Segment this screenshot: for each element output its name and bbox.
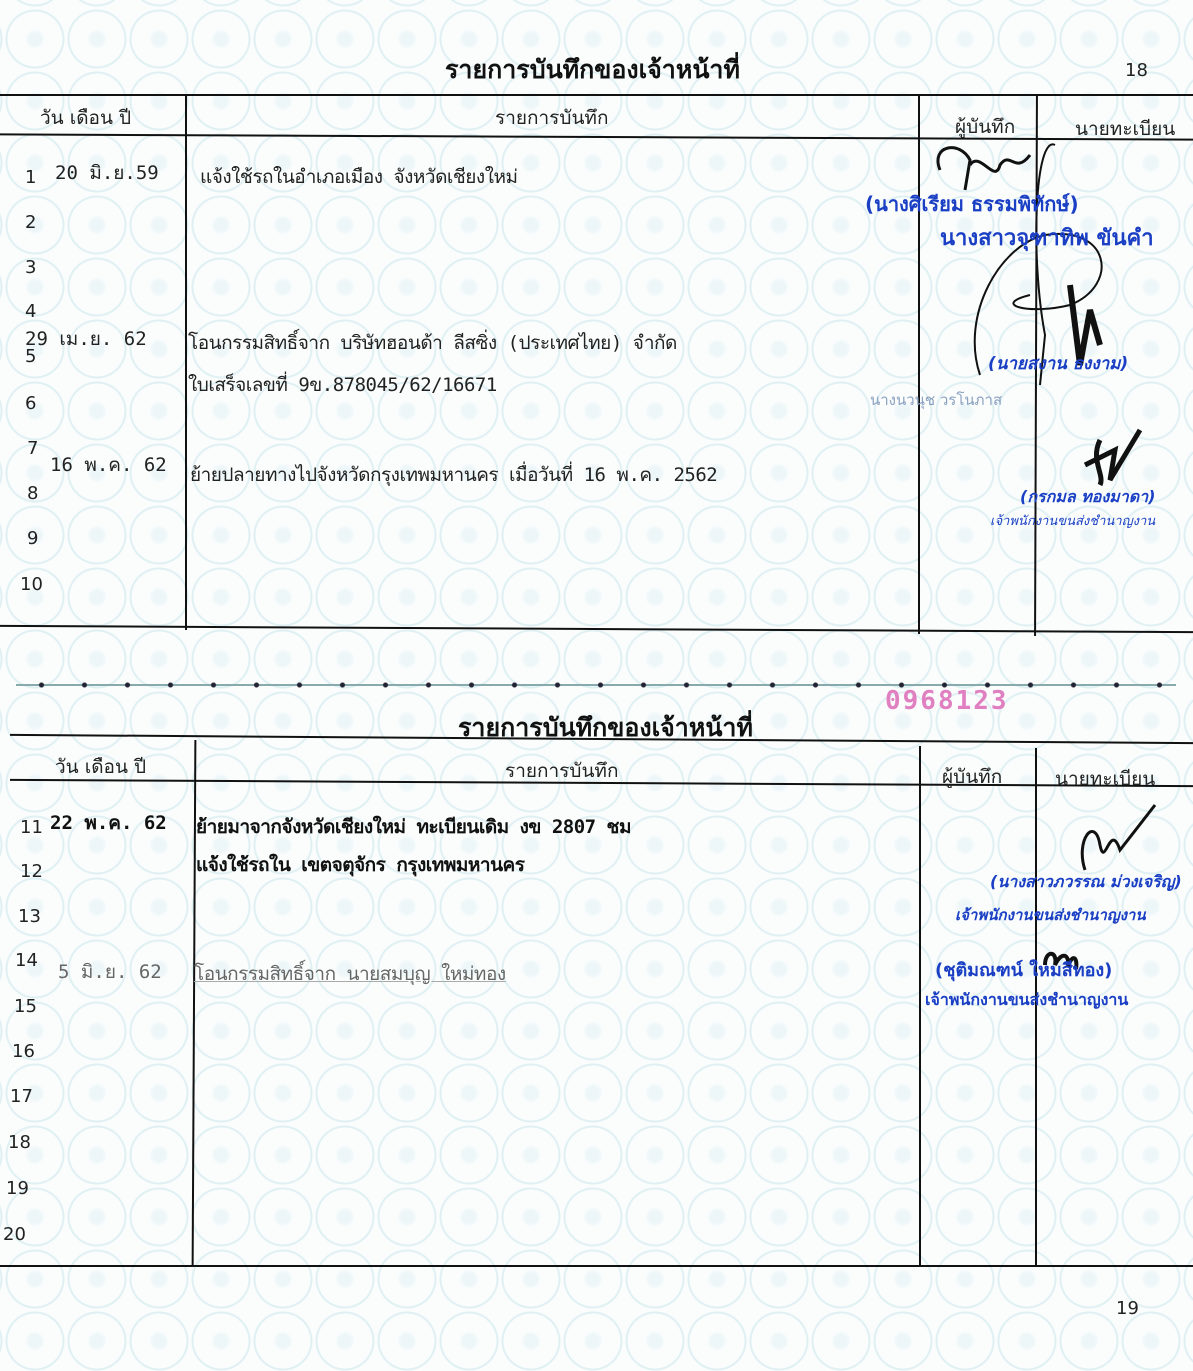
officer-stamp: เจ้าพนักงานขนส่งชำนาญงาน xyxy=(955,903,1146,927)
line-number: 20 xyxy=(3,1224,26,1245)
signature-scribble xyxy=(1070,800,1160,880)
entry-text: โอนกรรมสิทธิ์จาก บริษัทฮอนด้า ลีสซิ่ง (ป… xyxy=(188,328,677,358)
line-number: 8 xyxy=(27,483,38,504)
line-number: 1 xyxy=(25,167,36,188)
line-number: 17 xyxy=(10,1086,33,1107)
officer-stamp: นางสาวจุฑาทิพ ขันคำ xyxy=(940,220,1154,255)
line-number: 6 xyxy=(25,393,36,414)
entry-text: ย้ายปลายทางไปจังหวัดกรุงเทพมหานคร เมื่อว… xyxy=(190,460,717,490)
officer-stamp: นางนวนุช วรโนภาส xyxy=(870,388,1002,412)
line-number: 7 xyxy=(27,438,38,459)
line-number: 18 xyxy=(8,1132,31,1153)
line-number: 15 xyxy=(14,996,37,1017)
entry-date: 16 พ.ค. 62 xyxy=(50,450,167,480)
entry-date: 22 พ.ค. 62 xyxy=(50,808,167,838)
officer-stamp: (นางสาวภวรรณ ม่วงเจริญ) xyxy=(990,870,1182,895)
signature-scribble xyxy=(1080,420,1160,490)
line-number: 11 xyxy=(20,817,43,838)
line-number: 12 xyxy=(20,861,43,882)
officer-stamp: เจ้าพนักงานขนส่งชำนาญงาน xyxy=(990,510,1155,531)
line-number: 9 xyxy=(27,528,38,549)
line-number: 10 xyxy=(20,574,43,595)
table-bottom-border xyxy=(0,625,1193,633)
page-number: 18 xyxy=(1125,60,1148,81)
table-bottom-border xyxy=(0,1265,1193,1267)
entry-text: แจ้งใช้รถใน เขตจตุจักร กรุงเทพมหานคร xyxy=(196,850,524,880)
line-number: 4 xyxy=(25,301,36,322)
serial-stamp: 0968123 xyxy=(885,686,1009,716)
page-title: รายการบันทึกของเจ้าหน้าที่ xyxy=(458,708,753,748)
entry-text: ใบเสร็จเลขที่ 9ข.878045/62/16671 xyxy=(188,370,497,400)
entry-text: โอนกรรมสิทธิ์จาก นายสมบุญ ใหม่ทอง xyxy=(194,959,506,989)
header-date: วัน เดือน ปี xyxy=(40,103,131,133)
officer-stamp: (ชุติมณฑน์ ใหมสีทอง) xyxy=(935,955,1112,984)
line-number: 16 xyxy=(12,1041,35,1062)
header-recorder: ผู้บันทึก xyxy=(942,762,1002,792)
officer-stamp: (นายสงาน ธงงาม) xyxy=(988,350,1128,377)
header-entry: รายการบันทึก xyxy=(505,756,618,786)
entry-date: 5 มิ.ย. 62 xyxy=(58,957,162,987)
header-date: วัน เดือน ปี xyxy=(55,752,146,782)
page-title: รายการบันทึกของเจ้าหน้าที่ xyxy=(445,50,740,90)
line-number: 19 xyxy=(6,1178,29,1199)
page-number: 19 xyxy=(1116,1298,1139,1319)
line-number: 2 xyxy=(25,212,36,233)
line-number: 13 xyxy=(18,906,41,927)
officer-stamp: เจ้าพนักงานขนส่งชำนาญงาน xyxy=(925,988,1128,1013)
entry-text: แจ้งใช้รถในอำเภอเมือง จังหวัดเชียงใหม่ xyxy=(200,162,518,192)
entry-date: 29 เม.ย. 62 xyxy=(25,324,147,354)
header-registrar: นายทะเบียน xyxy=(1055,764,1155,794)
column-divider xyxy=(185,94,187,630)
line-number: 3 xyxy=(25,257,36,278)
officer-stamp: (นางศิเรียม ธรรมพิทักษ์) xyxy=(865,188,1079,220)
line-number: 14 xyxy=(15,950,38,971)
officer-stamp: (กรกมล ทองมาดา) xyxy=(1020,485,1155,510)
entry-text: ย้ายมาจากจังหวัดเชียงใหม่ ทะเบียนเดิม งข… xyxy=(196,812,631,842)
column-divider xyxy=(919,746,921,1267)
header-entry: รายการบันทึก xyxy=(495,103,608,133)
entry-date: 20 มิ.ย.59 xyxy=(55,158,159,188)
table-top-border xyxy=(0,94,1193,96)
